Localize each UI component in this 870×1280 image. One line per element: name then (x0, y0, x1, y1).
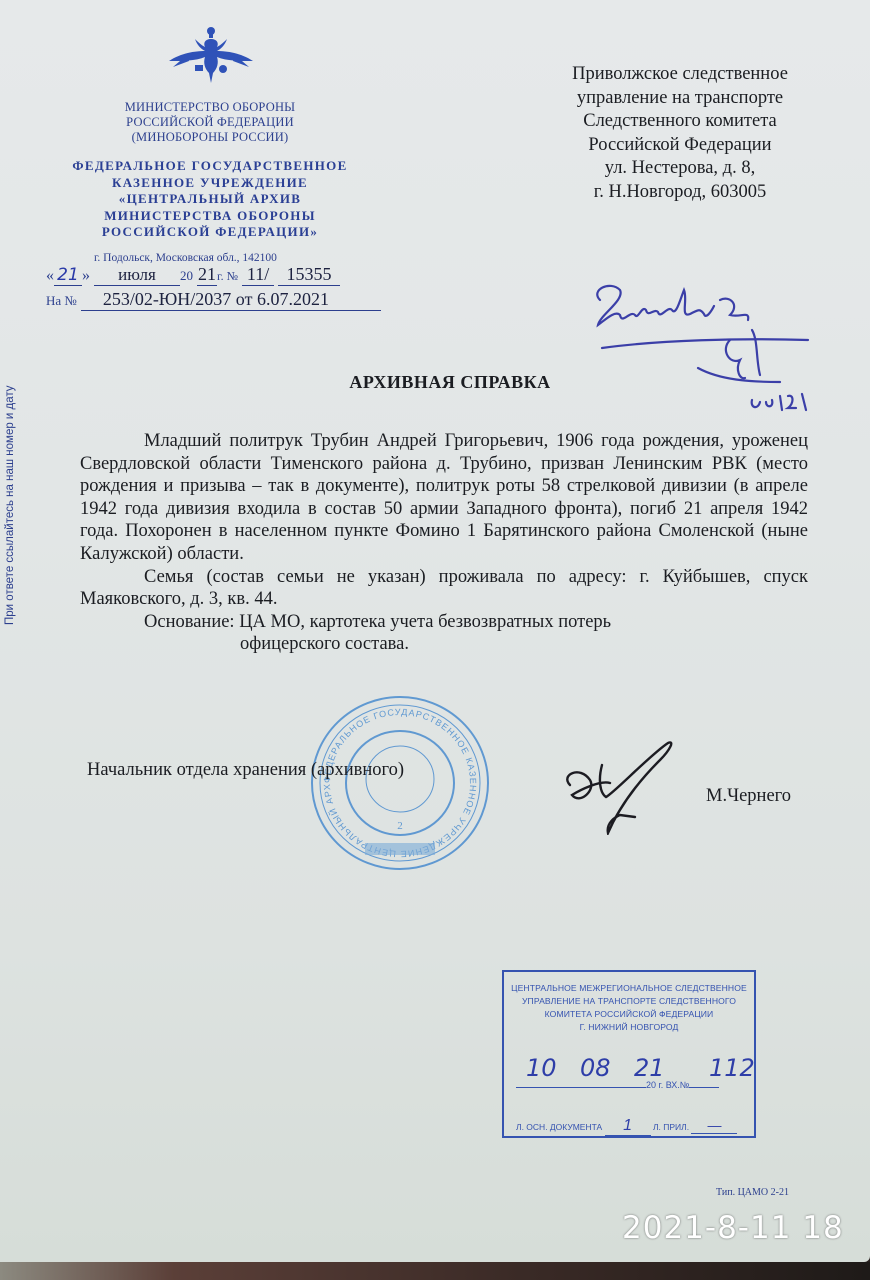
registration-stamp: ЦЕНТРАЛЬНОЕ МЕЖРЕГИОНАЛЬНОЕ СЛЕДСТВЕННОЕ… (502, 970, 756, 1138)
recipient-line: управление на транспорте (535, 87, 825, 111)
reference-label: На № (46, 293, 77, 308)
quote-close: » (82, 267, 90, 284)
date-month: июля (94, 265, 180, 286)
photo-timestamp: 2021-8-11 18 (622, 1210, 844, 1246)
document-page: МИНИСТЕРСТВО ОБОРОНЫ РОССИЙСКОЙ ФЕДЕРАЦИ… (0, 0, 870, 1262)
stamp-pages-label: Л. ОСН. ДОКУМЕНТА (516, 1122, 602, 1132)
institution-line: «ЦЕНТРАЛЬНЫЙ АРХИВ (50, 191, 370, 208)
recipient-line: Приволжское следственное (535, 63, 825, 87)
eagle-emblem-icon (165, 25, 257, 87)
ministry-line: РОССИЙСКОЙ ФЕДЕРАЦИИ (60, 115, 360, 130)
ministry-line: (МИНОБОРОНЫ РОССИИ) (60, 130, 360, 145)
document-title: АРХИВНАЯ СПРАВКА (0, 372, 870, 393)
institution-line: КАЗЕННОЕ УЧРЕЖДЕНИЕ (50, 175, 370, 192)
stamp-attachments-label: Л. ПРИЛ. (653, 1122, 689, 1132)
date-day: 21 (54, 265, 82, 286)
basis-line: Основание: ЦА МО, картотека учета безвоз… (80, 611, 808, 634)
ministry-line: МИНИСТЕРСТВО ОБОРОНЫ (60, 100, 360, 115)
stamp-hw-number: 112 (709, 1054, 755, 1082)
date-year: 21 (197, 264, 217, 286)
stamp-header-line: УПРАВЛЕНИЕ НА ТРАНСПОРТЕ СЛЕДСТВЕННОГО (504, 995, 754, 1008)
stamp-date-row: 20 г. ВХ.№ (516, 1080, 746, 1090)
reference-value: 253/02-ЮН/2037 от 6.07.2021 (81, 289, 381, 311)
registration-stamp-header: ЦЕНТРАЛЬНОЕ МЕЖРЕГИОНАЛЬНОЕ СЛЕДСТВЕННОЕ… (504, 982, 754, 1034)
stamp-hw-year: 21 (634, 1054, 665, 1082)
round-seal-icon: ФЕДЕРАЛЬНОЕ ГОСУДАРСТВЕННОЕ КАЗЕННОЕ УЧР… (305, 693, 495, 873)
printer-mark: Тип. ЦАМО 2-21 (716, 1187, 789, 1198)
outgoing-number-prefix: 11/ (242, 264, 274, 286)
seal-center: 2 (397, 820, 403, 832)
institution-line: РОССИЙСКОЙ ФЕДЕРАЦИИ» (50, 224, 370, 241)
body-paragraph: Младший политрук Трубин Андрей Григорьев… (80, 430, 808, 566)
outgoing-date-line: «21» июля20 21г. № 11/ 15355 (46, 264, 340, 286)
stamp-date-label: 20 г. ВХ.№ (646, 1080, 689, 1090)
quote-open: « (46, 267, 54, 284)
side-note: При ответе ссылайтесь на наш номер и дат… (4, 325, 24, 625)
stamp-hw-day: 10 (526, 1054, 557, 1082)
recipient-line: г. Н.Новгород, 603005 (535, 181, 825, 205)
signature-icon (560, 735, 680, 835)
institution-line: ФЕДЕРАЛЬНОЕ ГОСУДАРСТВЕННОЕ (50, 158, 370, 175)
recipient-block: Приволжское следственное управление на т… (535, 63, 825, 204)
document-body: Младший политрук Трубин Андрей Григорьев… (80, 430, 808, 656)
recipient-line: Российской Федерации (535, 134, 825, 158)
stamp-header-line: ЦЕНТРАЛЬНОЕ МЕЖРЕГИОНАЛЬНОЕ СЛЕДСТВЕННОЕ (504, 982, 754, 995)
recipient-line: Следственного комитета (535, 110, 825, 134)
signer-name: М.Чернего (706, 786, 791, 807)
sender-address: г. Подольск, Московская обл., 142100 (94, 252, 277, 264)
handwritten-resolution-icon (580, 270, 850, 420)
stamp-pages-row: Л. ОСН. ДОКУМЕНТА 1 Л. ПРИЛ. — (516, 1117, 746, 1136)
stamp-hw-month: 08 (580, 1054, 611, 1082)
date-century: 20 (180, 268, 193, 283)
recipient-line: ул. Нестерова, д. 8, (535, 157, 825, 181)
stamp-header-line: Г. НИЖНИЙ НОВГОРОД (504, 1021, 754, 1034)
stamp-attachments-value: — (691, 1117, 737, 1134)
body-paragraph: Семья (состав семьи не указан) проживала… (80, 566, 808, 611)
signer-position: Начальник отдела хранения (архивного) (87, 760, 404, 781)
basis-line: офицерского состава. (80, 633, 808, 656)
outgoing-number: 15355 (278, 264, 340, 286)
background-surface (0, 1262, 870, 1280)
stamp-header-line: КОМИТЕТА РОССИЙСКОЙ ФЕДЕРАЦИИ (504, 1008, 754, 1021)
institution-name: ФЕДЕРАЛЬНОЕ ГОСУДАРСТВЕННОЕ КАЗЕННОЕ УЧР… (50, 158, 370, 241)
date-year-suffix: г. № (217, 269, 238, 283)
reference-line: На № 253/02-ЮН/2037 от 6.07.2021 (46, 289, 381, 311)
stamp-pages-value: 1 (605, 1117, 651, 1136)
institution-line: МИНИСТЕРСТВА ОБОРОНЫ (50, 208, 370, 225)
ministry-name: МИНИСТЕРСТВО ОБОРОНЫ РОССИЙСКОЙ ФЕДЕРАЦИ… (60, 100, 360, 145)
